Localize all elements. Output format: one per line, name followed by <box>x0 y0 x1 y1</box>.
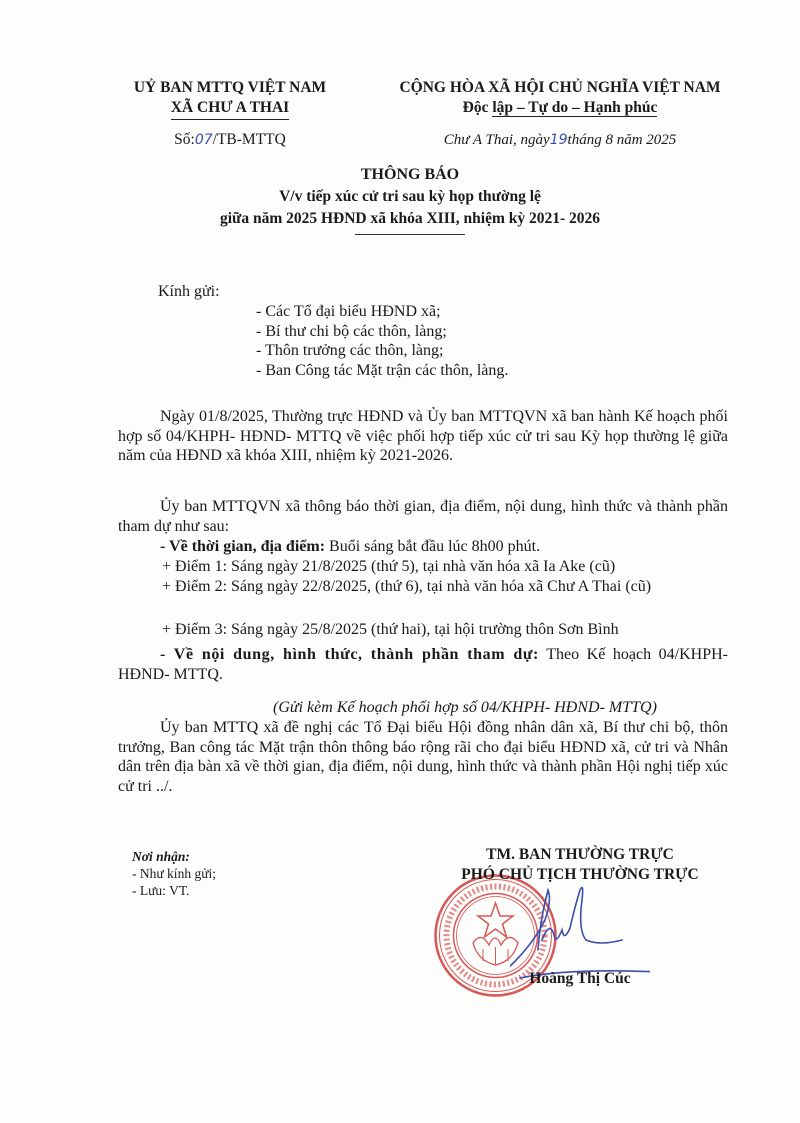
body-paragraph-2: Ủy ban MTTQVN xã thông báo thời gian, đị… <box>118 497 728 536</box>
recipients-label: Kính gửi: <box>158 283 220 301</box>
document-subject-line1: V/v tiếp xúc cử tri sau kỳ họp thường lệ <box>150 186 670 208</box>
issue-date: Chư A Thai, ngày19tháng 8 năm 2025 <box>360 130 760 150</box>
signature-block: TM. BAN THƯỜNG TRỰC PHÓ CHỦ TỊCH THƯỜNG … <box>410 845 750 885</box>
distribution-item: - Lưu: VT. <box>132 882 216 899</box>
distribution-list: Nơi nhận: - Như kính gửi; - Lưu: VT. <box>132 848 216 899</box>
title-divider <box>355 234 465 235</box>
motto-prefix: Độc <box>463 99 493 116</box>
time-place-value: Buổi sáng bắt đầu lúc 8h00 phút. <box>325 538 540 555</box>
recipient-item: - Bí thư chi bộ các thôn, làng; <box>256 322 508 342</box>
document-number: Số:07/TB-MTTQ <box>95 130 365 150</box>
recipient-item: - Ban Công tác Mặt trận các thôn, làng. <box>256 361 508 381</box>
meeting-point-2: + Điểm 2: Sáng ngày 22/8/2025, (thứ 6), … <box>118 577 728 597</box>
recipient-item: - Thôn trưởng các thôn, làng; <box>256 341 508 361</box>
date-day-handwritten: 19 <box>550 132 568 148</box>
issuer-header: UỶ BAN MTTQ VIỆT NAM XÃ CHƯ A THAI Số:07… <box>95 78 365 150</box>
document-title-block: THÔNG BÁO V/v tiếp xúc cử tri sau kỳ họp… <box>150 164 670 235</box>
distribution-item: - Như kính gửi; <box>132 865 216 882</box>
handwritten-signature-icon <box>510 880 650 980</box>
date-prefix: Chư A Thai, ngày <box>444 132 550 148</box>
document-number-suffix: /TB-MTTQ <box>213 131 286 148</box>
issuer-organization: UỶ BAN MTTQ VIỆT NAM <box>95 78 365 98</box>
meeting-point-1: + Điểm 1: Sáng ngày 21/8/2025 (thứ 5), t… <box>118 557 772 577</box>
document-number-handwritten: 07 <box>195 132 213 148</box>
content-label: - Về nội dung, hình thức, thành phần tha… <box>160 646 539 663</box>
time-place-label: - Về thời gian, địa điểm: <box>160 538 325 555</box>
document-subject-line2: giữa năm 2025 HĐND xã khóa XIII, nhiệm k… <box>150 208 670 230</box>
issuer-commune: XÃ CHƯ A THAI <box>171 98 289 120</box>
attachment-note: (Gửi kèm Kế hoạch phối hợp số 04/KHPH- H… <box>118 698 800 718</box>
meeting-point-3: + Điểm 3: Sáng ngày 25/8/2025 (thứ hai),… <box>118 620 772 640</box>
signer-name: Hoàng Thị Cúc <box>470 970 690 988</box>
document-number-prefix: Số: <box>174 131 195 148</box>
national-header: CỘNG HÒA XÃ HỘI CHỦ NGHĨA VIỆT NAM Độc l… <box>360 78 760 150</box>
national-motto: Độc lập – Tự do – Hạnh phúc <box>360 98 760 118</box>
distribution-title: Nơi nhận: <box>132 848 216 865</box>
body-paragraph-3: Ủy ban MTTQ xã đề nghị các Tổ Đại biểu H… <box>118 718 728 797</box>
document-title: THÔNG BÁO <box>150 164 670 186</box>
body-paragraph-1: Ngày 01/8/2025, Thường trực HĐND và Ủy b… <box>118 407 728 466</box>
recipients-list: - Các Tổ đại biểu HĐND xã; - Bí thư chi … <box>256 302 508 380</box>
document-page: UỶ BAN MTTQ VIỆT NAM XÃ CHƯ A THAI Số:07… <box>0 0 800 1123</box>
date-suffix: tháng 8 năm 2025 <box>568 132 677 148</box>
time-place-line: - Về thời gian, địa điểm: Buổi sáng bắt … <box>118 537 770 557</box>
content-line: - Về nội dung, hình thức, thành phần tha… <box>118 645 728 684</box>
motto-underlined: lập – Tự do – Hạnh phúc <box>492 99 657 117</box>
recipient-item: - Các Tổ đại biểu HĐND xã; <box>256 302 508 322</box>
national-title: CỘNG HÒA XÃ HỘI CHỦ NGHĨA VIỆT NAM <box>360 78 760 98</box>
signature-authority: TM. BAN THƯỜNG TRỰC <box>410 845 750 865</box>
